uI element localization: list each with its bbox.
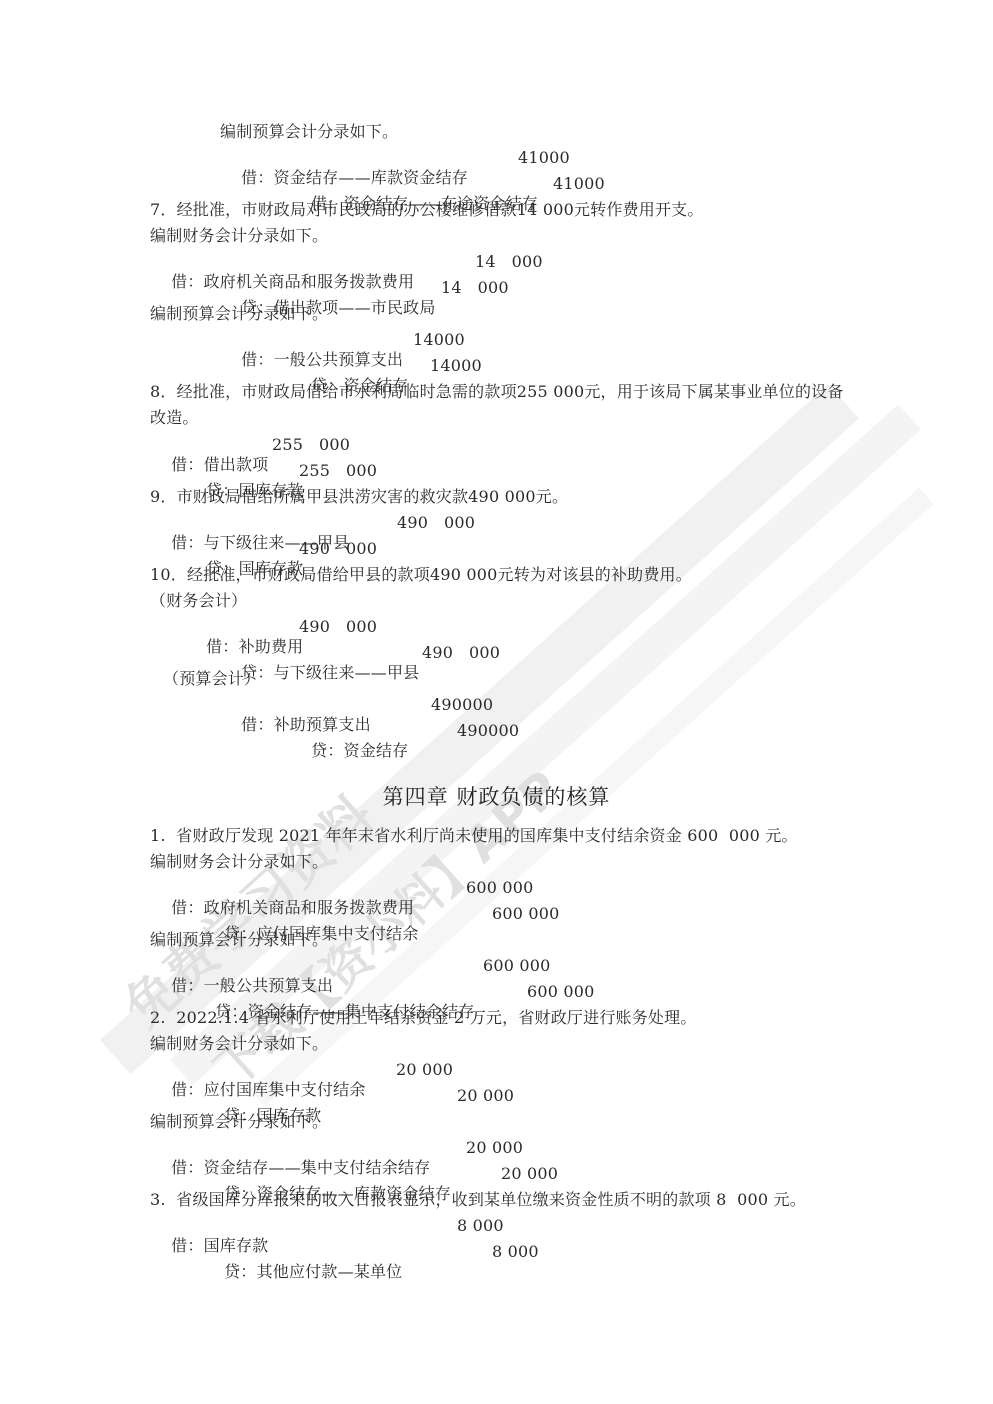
entry-amount: 14000 — [430, 356, 482, 376]
entry-credit: 贷：资金结存 — [290, 721, 408, 781]
budget-intro: 编制预算会计分录如下。 — [150, 930, 328, 950]
entry-side: 借： — [171, 898, 203, 917]
entry-amount: 41000 — [518, 148, 570, 168]
budget-intro: 编制预算会计分录如下。 — [150, 304, 328, 324]
entry-amount: 14 000 — [475, 252, 543, 272]
document-page: 编制预算会计分录如下。 借：资金结存——库款资金结存 41000 借：资金结存—… — [0, 0, 993, 1404]
entry-amount: 14000 — [413, 330, 465, 350]
entry-amount: 490000 — [431, 695, 493, 715]
budget-intro: 编制预算会计分录如下。 — [220, 122, 398, 142]
entry-credit: 贷：其他应付款—某单位 — [203, 1242, 402, 1302]
question-c4-3: 3. 省级国库分库报来的收入日报表显示，收到某单位缴来资金性质不明的款项 8 0… — [150, 1190, 806, 1210]
entry-account: 与下级往来——甲县 — [274, 663, 420, 682]
entry-side: 贷： — [311, 741, 343, 760]
entry-side: 借： — [171, 272, 203, 291]
entry-side: 借： — [171, 1080, 203, 1099]
entry-amount: 20 000 — [396, 1060, 453, 1080]
entry-amount: 490000 — [457, 721, 519, 741]
financial-label: （财务会计） — [150, 591, 247, 611]
entry-side: 借： — [241, 715, 273, 734]
entry-amount: 490 000 — [299, 617, 377, 637]
entry-amount: 490 000 — [299, 539, 377, 559]
entry-amount: 20 000 — [501, 1164, 558, 1184]
financial-intro: 编制财务会计分录如下。 — [150, 1034, 328, 1054]
entry-amount: 600 000 — [492, 904, 560, 924]
entry-side: 借： — [241, 168, 273, 187]
question-7: 7．经批准，市财政局对市民政局的办公楼维修借款14 000元转作费用开支。 — [150, 200, 704, 220]
budget-intro: 编制预算会计分录如下。 — [150, 1112, 328, 1132]
entry-amount: 8 000 — [457, 1216, 504, 1236]
financial-intro: 编制财务会计分录如下。 — [150, 852, 328, 872]
entry-amount: 8 000 — [492, 1242, 539, 1262]
entry-amount: 600 000 — [466, 878, 534, 898]
entry-amount: 20 000 — [466, 1138, 523, 1158]
entry-amount: 490 000 — [422, 643, 500, 663]
question-9: 9．市财政局借给所属甲县洪涝灾害的救灾款490 000元。 — [150, 487, 568, 507]
entry-amount: 490 000 — [397, 513, 475, 533]
entry-amount: 600 000 — [527, 982, 595, 1002]
financial-intro: 编制财务会计分录如下。 — [150, 226, 328, 246]
entry-amount: 14 000 — [441, 278, 509, 298]
entry-amount: 600 000 — [483, 956, 551, 976]
entry-side: 借： — [171, 1236, 203, 1255]
entry-amount: 20 000 — [457, 1086, 514, 1106]
question-c4-2: 2. 2022.1.4 省水利厅使用上年结余资金 2 万元，省财政厅进行账务处理… — [150, 1008, 697, 1028]
entry-amount: 255 000 — [299, 461, 377, 481]
entry-amount: 41000 — [553, 174, 605, 194]
entry-amount: 255 000 — [272, 435, 350, 455]
entry-side: 贷： — [224, 1262, 256, 1281]
question-8-line2: 改造。 — [150, 408, 199, 428]
entry-side: 借： — [241, 350, 273, 369]
chapter-title: 第四章 财政负债的核算 — [0, 784, 993, 810]
entry-account: 其他应付款—某单位 — [257, 1262, 403, 1281]
question-10: 10．经批准，市财政局借给甲县的款项490 000元转为对该县的补助费用。 — [150, 565, 692, 585]
entry-side: 借： — [171, 1158, 203, 1177]
question-c4-1: 1. 省财政厅发现 2021 年年末省水利厅尚未使用的国库集中支付结余资金 60… — [150, 826, 798, 846]
budget-label: （预算会计） — [163, 669, 260, 689]
entry-account: 资金结存 — [344, 741, 409, 760]
question-8-line1: 8．经批准，市财政局借给市水利局临时急需的款项255 000元，用于该局下属某事… — [150, 382, 844, 402]
